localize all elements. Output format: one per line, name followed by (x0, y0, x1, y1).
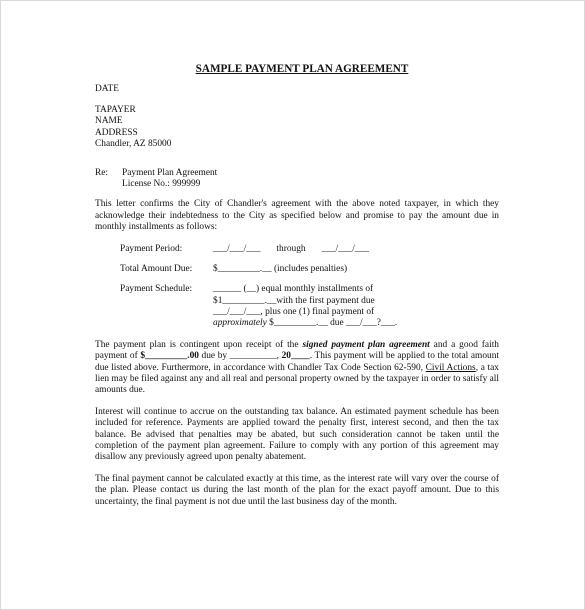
total-amount-value: $_________.__ (includes penalties) (213, 264, 499, 275)
document-content: SAMPLE PAYMENT PLAN AGREEMENT DATE TAPAY… (95, 63, 499, 508)
civil-actions-link: Civil Actions (426, 363, 476, 373)
payment-period-start: ___/___/___ (213, 244, 260, 254)
address-line-city: Chandler, AZ 85000 (95, 139, 499, 150)
schedule-final-amount: $_________.__ due ___/___?___. (267, 318, 397, 328)
due-year: 20____ (282, 351, 310, 361)
payment-period-label: Payment Period: (120, 244, 213, 255)
payment-period-through: through (276, 244, 305, 255)
interest-paragraph: Interest will continue to accrue on the … (95, 407, 499, 463)
address-block: TAPAYER NAME ADDRESS Chandler, AZ 85000 (95, 105, 499, 150)
schedule-line-3: ___/___/___, plus one (1) final payment … (213, 307, 499, 318)
re-block: Re: Payment Plan Agreement License No.: … (95, 168, 499, 190)
schedule-line-2: $1_________.__with the first payment due (213, 296, 499, 307)
signed-agreement-emphasis: signed payment plan agreement (302, 340, 429, 350)
payment-period-end: ___/___/___ (322, 244, 369, 254)
schedule-line-1: ______ (__) equal monthly installments o… (213, 284, 499, 295)
address-line-name: NAME (95, 116, 499, 127)
document-page: SAMPLE PAYMENT PLAN AGREEMENT DATE TAPAY… (0, 0, 585, 610)
re-subject: Payment Plan Agreement (122, 168, 499, 179)
final-payment-paragraph: The final payment cannot be calculated e… (95, 474, 499, 508)
schedule-line-4: approximately $_________.__ due ___/___?… (213, 318, 499, 329)
address-line-address: ADDRESS (95, 128, 499, 139)
faith-payment-amount: $_________.00 (140, 351, 199, 361)
contingent-text-3: due by __________, (199, 351, 282, 361)
date-label: DATE (95, 84, 499, 95)
payment-period-row: Payment Period: ___/___/___through___/__… (120, 244, 499, 255)
total-amount-row: Total Amount Due: $_________.__ (include… (120, 264, 499, 275)
schedule-approximately: approximately (213, 318, 267, 328)
payment-schedule-label: Payment Schedule: (120, 284, 213, 329)
payment-schedule-row: Payment Schedule: ______ (__) equal mont… (120, 284, 499, 329)
total-amount-label: Total Amount Due: (120, 264, 213, 275)
terms-block: Payment Period: ___/___/___through___/__… (120, 244, 499, 329)
document-title: SAMPLE PAYMENT PLAN AGREEMENT (95, 63, 499, 76)
address-line-taxpayer: TAPAYER (95, 105, 499, 116)
contingent-text-1: The payment plan is contingent upon rece… (95, 340, 302, 350)
intro-paragraph: This letter confirms the City of Chandle… (95, 199, 499, 233)
re-license: License No.: 999999 (122, 179, 499, 190)
re-label: Re: (95, 168, 122, 190)
contingent-paragraph: The payment plan is contingent upon rece… (95, 340, 499, 396)
